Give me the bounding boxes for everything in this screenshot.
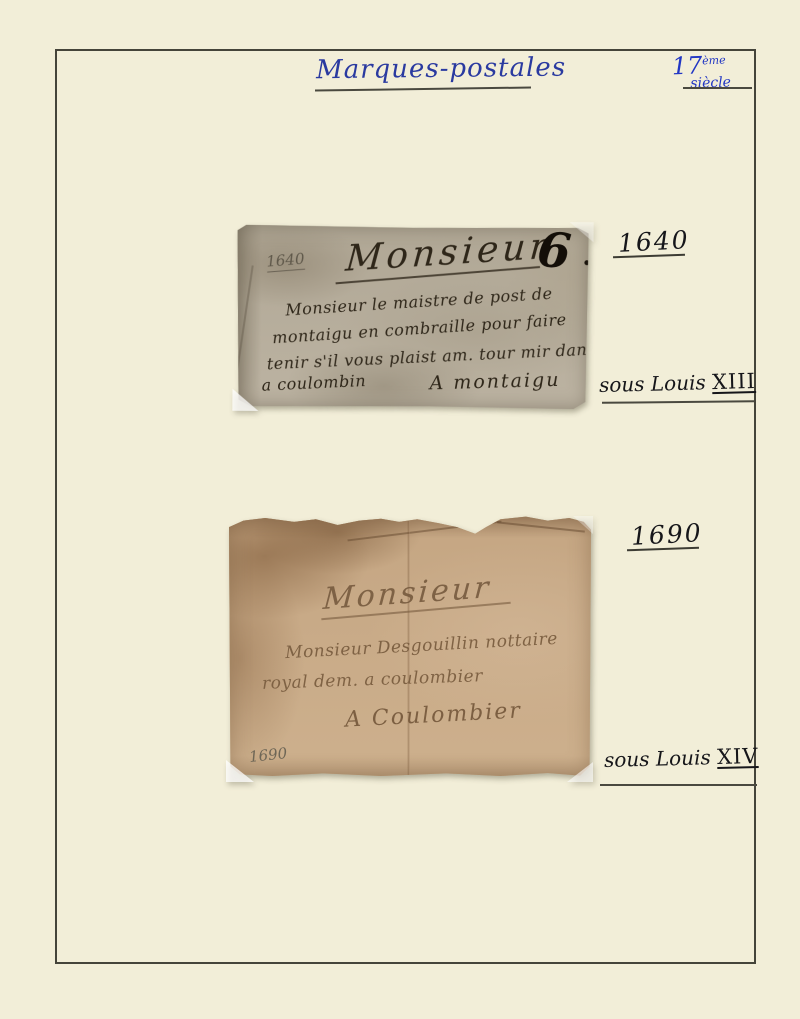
page-title: Marques-postales (316, 53, 546, 85)
reign-numeral: XIV (717, 744, 759, 769)
address-line: royal dem. a coulombier (262, 666, 483, 694)
album-page: Marques-postales 17ème siècle 1640 1640 … (0, 0, 800, 1019)
century-label: 17ème siècle (671, 52, 754, 92)
salutation-script: Monsieur (344, 226, 552, 280)
pencil-year-annotation: 1690 (248, 744, 288, 766)
address-line: a coulombin (261, 371, 366, 395)
destination-script: A Coulombier (344, 698, 522, 732)
reign-prefix: sous Louis (604, 745, 711, 772)
pencil-year-annotation: 1640 (266, 250, 306, 273)
crease-mark (497, 521, 585, 532)
century-underline (683, 87, 752, 89)
letter-1640-paper: 1640 Monsieur 6 Monsieur le maistre de p… (236, 225, 588, 409)
letter-1690: Monsieur Monsieur Desgouillin nottaire r… (229, 514, 591, 777)
crease-mark (347, 521, 501, 542)
divider-rule-2 (600, 784, 757, 786)
address-line: Monsieur Desgouillin nottaire (285, 629, 559, 663)
page-frame-border (55, 49, 756, 964)
century-suffix: ème (702, 54, 726, 68)
reign-label-louis-xiii: sous Louis XIII (599, 369, 756, 397)
crease-mark (234, 265, 254, 384)
reign-numeral: XIII (712, 369, 756, 394)
letter-1640: 1640 Monsieur 6 Monsieur le maistre de p… (236, 225, 588, 409)
postal-rate-mark: 6 (535, 222, 574, 281)
letter-1690-paper: Monsieur Monsieur Desgouillin nottaire r… (229, 514, 591, 777)
destination-script: A montaigu (429, 369, 560, 395)
reign-label-louis-xiv: sous Louis XIV (604, 744, 759, 772)
reign-prefix: sous Louis (599, 370, 706, 397)
year-label-1690: 1690 (630, 518, 703, 551)
